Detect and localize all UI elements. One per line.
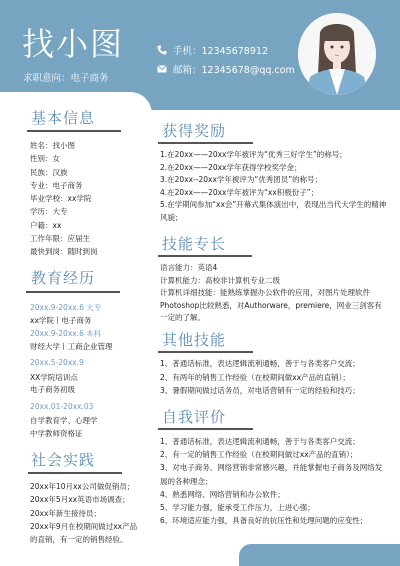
- evaluation-item: 3、对电子商务、网络营销非常感兴趣，并能掌握电子商务及网络发展的各种理念；: [160, 461, 388, 487]
- basic-info-degree: 学历：大专: [30, 205, 98, 218]
- section-divider: [28, 472, 122, 474]
- awards-list: 1.在20xx——20xx学年被评为“优秀三好学生”的称号； 2.在20xx——…: [160, 149, 388, 224]
- section-title-awards: 获得奖励: [162, 122, 226, 140]
- practice-item: 20xx年9月在校期间做过xx产品的直销，有一定的销售经验。: [30, 520, 142, 547]
- section-title-social-practice: 社会实践: [31, 451, 95, 469]
- section-divider: [158, 428, 253, 430]
- education-detail: 中学教师资格证: [30, 428, 113, 441]
- education-detail: XX学院培训点: [30, 372, 113, 385]
- section-divider: [27, 130, 121, 132]
- section-title-skills: 技能专长: [162, 235, 226, 253]
- education-detail: xx学院丨电子商务: [30, 315, 113, 328]
- education-detail: 自学教育学、心理学: [30, 415, 113, 428]
- practice-item: 20xx年5月xx英语市场调查；: [30, 493, 142, 506]
- section-divider: [158, 351, 253, 353]
- section-divider: [158, 142, 253, 144]
- basic-info-name: 姓名：找小图: [30, 139, 98, 152]
- education-list: 20xx.9-20xx.6 大专 xx学院丨电子商务 20xx.9-20xx.6…: [30, 302, 113, 440]
- education-date: 20xx.9-20xx.6 本科: [30, 328, 113, 341]
- evaluation-item: 2、有一定的销售工作经验（在校期间做过xx产品的直销）；: [160, 448, 388, 461]
- basic-info-availability: 最快到岗：随时到岗: [30, 245, 98, 258]
- email-contact: 邮箱：12345678@qq.com: [157, 62, 295, 76]
- education-date: 20xx.9-20xx.6 大专: [30, 302, 113, 315]
- basic-info-work-years: 工作年限：应届生: [30, 232, 98, 245]
- other-skill-item: 1、普通话标准，表达逻辑流利通畅，善于与各类客户交流；: [160, 357, 388, 371]
- education-detail: 电子商务初级: [30, 384, 113, 397]
- basic-info-ethnicity: 民族：汉族: [30, 166, 98, 179]
- phone-text: 手机：12345678912: [173, 43, 268, 57]
- section-divider: [26, 291, 120, 293]
- basic-info-major: 专业：电子商务: [30, 179, 98, 192]
- mail-icon: [157, 64, 167, 74]
- award-item: 2.在20xx——20xx学年获得学校奖学金；: [160, 162, 388, 175]
- phone-icon: [157, 45, 167, 55]
- self-evaluation-list: 1、普通话标准，表达逻辑流利通畅，善于与各类客户交流； 2、有一定的销售工作经验…: [160, 435, 388, 527]
- skill-item: 语言能力：英语4: [160, 262, 388, 275]
- email-text: 邮箱：12345678@qq.com: [173, 62, 295, 76]
- practice-item: 20xx年新生接待员；: [30, 507, 142, 520]
- skill-item: 计算机详细技能：能熟练掌握办公软件的应用，对图片处理软件Photoshop比较熟…: [160, 287, 388, 325]
- section-title-basic-info: 基本信息: [31, 109, 95, 127]
- award-item: 1.在20xx——20xx学年被评为“优秀三好学生”的称号；: [160, 149, 388, 162]
- section-title-other-skills: 其他技能: [162, 331, 226, 349]
- basic-info-hukou: 户籍：xx: [30, 219, 98, 232]
- applicant-name: 找小图: [22, 24, 124, 64]
- skills-list: 语言能力：英语4 计算机能力：高校非计算机专业二级 计算机详细技能：能熟练掌握办…: [160, 262, 388, 325]
- section-title-self-evaluation: 自我评价: [162, 408, 226, 426]
- evaluation-item: 1、普通话标准，表达逻辑流利通畅，善于与各类客户交流；: [160, 435, 388, 448]
- evaluation-item: 5、学习能力强，能承受工作压力，上进心强；: [160, 501, 388, 514]
- other-skill-item: 3、暑假期间做过话务员，对电话营销有一定的经验和技巧；: [160, 384, 388, 398]
- basic-info-list: 姓名：找小图 性别：女 民族：汉族 专业：电子商务 毕业学校：xx学院 学历：大…: [30, 139, 98, 259]
- evaluation-item: 6、环境适应能力强，具备良好的抗压性和处理问题的应变性；: [160, 514, 388, 527]
- award-item: 3.在20xx--20xx学年被评为“优秀团员”的称号；: [160, 174, 388, 187]
- education-detail: 财经大学丨工商企业管理: [30, 341, 113, 354]
- skill-item: 计算机能力：高校非计算机专业二级: [160, 275, 388, 288]
- section-divider: [158, 255, 252, 257]
- basic-info-school: 毕业学校：xx学院: [30, 192, 98, 205]
- avatar: [298, 13, 376, 95]
- phone-contact: 手机：12345678912: [157, 43, 268, 57]
- education-date: 20xx.01-20xx.03: [30, 401, 113, 414]
- other-skills-list: 1、普通话标准，表达逻辑流利通畅，善于与各类客户交流； 2、有两年的销售工作经验…: [160, 357, 388, 398]
- job-intention: 求职意向：电子商务: [23, 70, 109, 84]
- basic-info-gender: 性别：女: [30, 152, 98, 165]
- education-date: 20xx.5-20xx.9: [30, 357, 113, 370]
- award-item: 4.在20xx——20xx学年被评为“xx积极份子”；: [160, 187, 388, 200]
- other-skill-item: 2、有两年的销售工作经验（在校期间做xx产品的直销）；: [160, 371, 388, 385]
- section-title-education: 教育经历: [31, 269, 95, 287]
- evaluation-item: 4、熟悉网络、网络营销和办公软件；: [160, 488, 388, 501]
- footer-decoration: [239, 544, 400, 566]
- practice-item: 20xx年10月xx公司做促销员；: [30, 480, 142, 493]
- social-practice-list: 20xx年10月xx公司做促销员； 20xx年5月xx英语市场调查； 20xx年…: [30, 480, 142, 546]
- award-item: 5.在学期间参加“xx会”开幕式集体演出中，表现出当代大学生的精神风貌；: [160, 199, 388, 224]
